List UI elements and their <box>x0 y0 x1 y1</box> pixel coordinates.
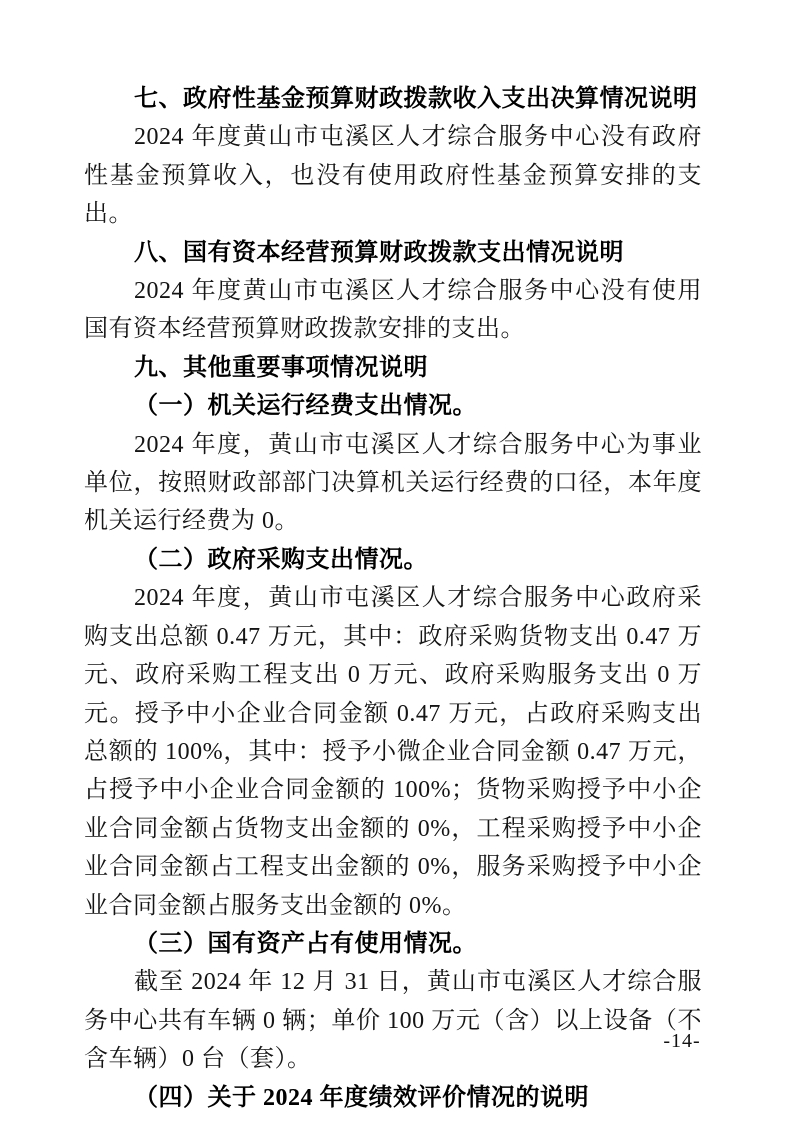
section-heading: 七、政府性基金预算财政拨款收入支出决算情况说明 <box>84 80 702 118</box>
section-heading: 九、其他重要事项情况说明 <box>84 349 702 387</box>
paragraph: 2024 年度黄山市屯溪区人才综合服务中心没有政府性基金预算收入，也没有使用政府… <box>84 118 702 233</box>
paragraph: 2024 年度黄山市屯溪区人才综合服务中心没有使用国有资本经营预算财政拨款安排的… <box>84 272 702 349</box>
sub-heading: （三）国有资产占有使用情况。 <box>84 925 702 963</box>
paragraph: 2024 年度，黄山市屯溪区人才综合服务中心政府采购支出总额 0.47 万元，其… <box>84 579 702 925</box>
section-heading: 八、国有资本经营预算财政拨款支出情况说明 <box>84 234 702 272</box>
sub-heading: （二）政府采购支出情况。 <box>84 541 702 579</box>
document-page: 七、政府性基金预算财政拨款收入支出决算情况说明2024 年度黄山市屯溪区人才综合… <box>0 0 793 1122</box>
sub-heading: （一）机关运行经费支出情况。 <box>84 387 702 425</box>
paragraph: 2024 年度，黄山市屯溪区人才综合服务中心为事业单位，按照财政部部门决算机关运… <box>84 426 702 541</box>
page-number: -14- <box>652 1030 712 1052</box>
paragraph: 截至 2024 年 12 月 31 日，黄山市屯溪区人才综合服务中心共有车辆 0… <box>84 963 702 1078</box>
document-body: 七、政府性基金预算财政拨款收入支出决算情况说明2024 年度黄山市屯溪区人才综合… <box>84 80 702 1117</box>
sub-heading: （四）关于 2024 年度绩效评价情况的说明 <box>84 1079 702 1117</box>
